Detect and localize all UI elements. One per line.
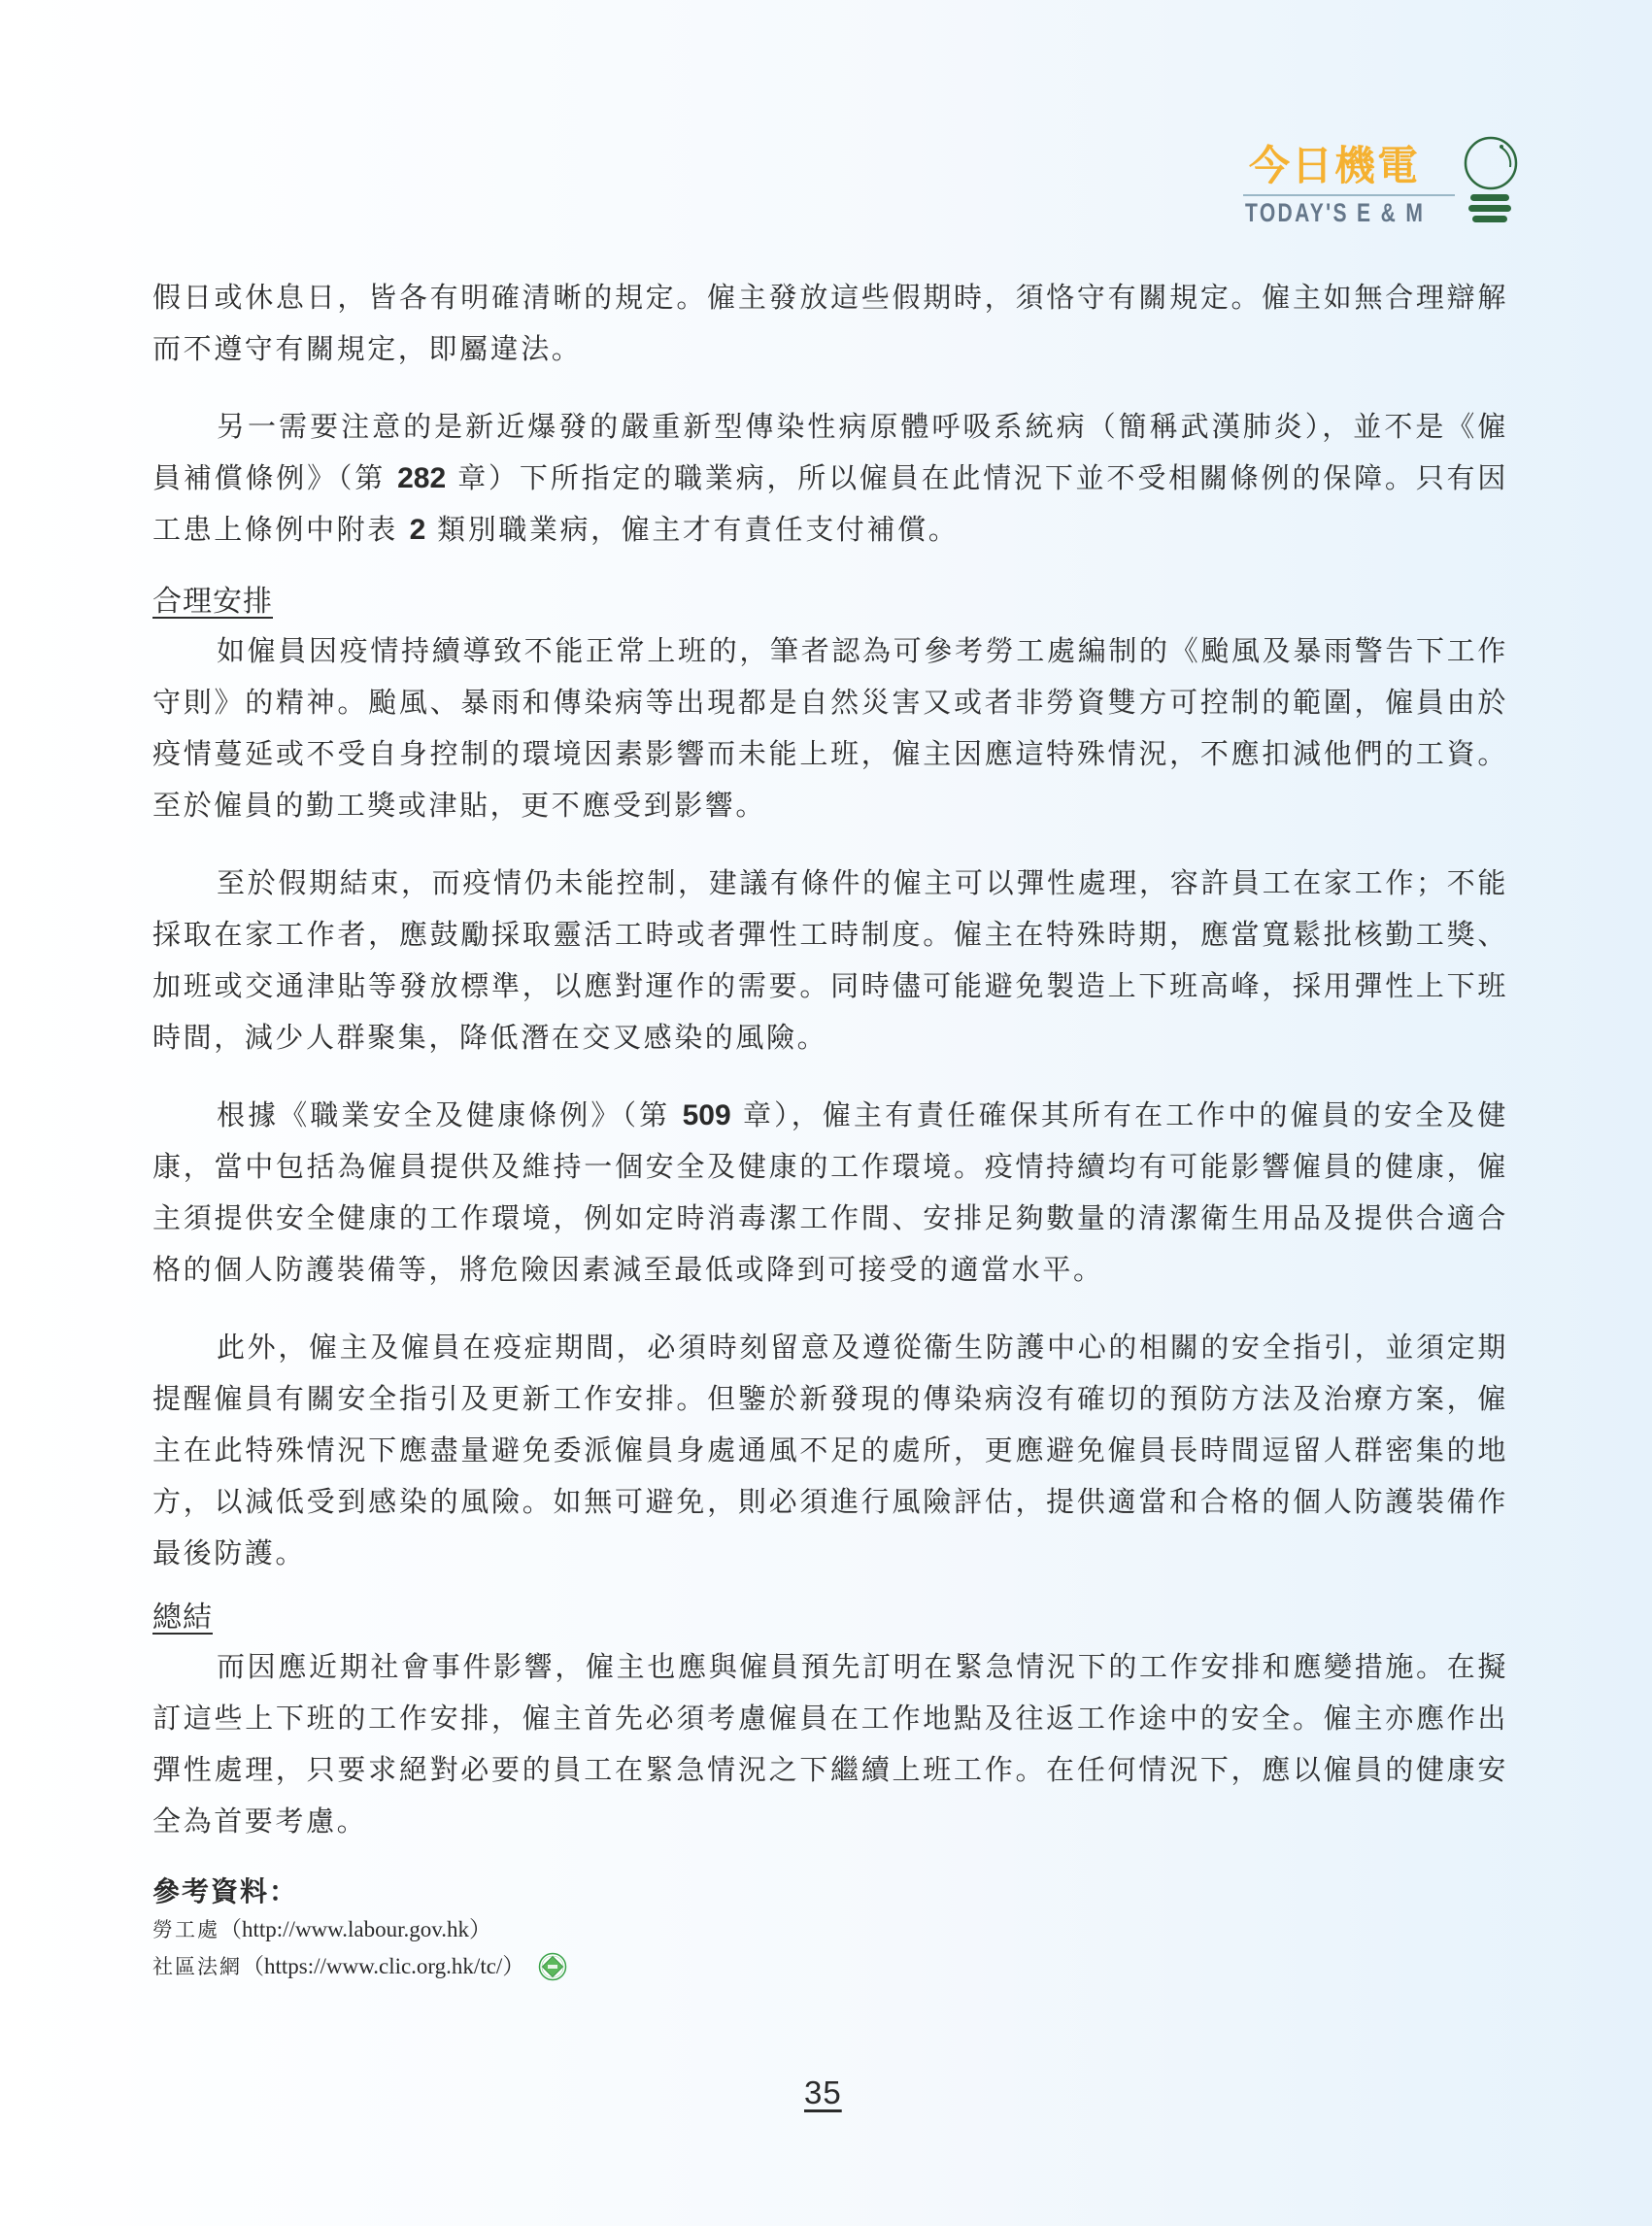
reference-item-labour-department: 勞工處 （http://www.labour.gov.hk） — [152, 1911, 567, 1948]
page-number: 35 — [804, 2074, 842, 2111]
schedule-number: 2 — [410, 514, 426, 546]
paragraph-7: 而因應近期社會事件影響，僱主也應與僱員預先訂明在緊急情況下的工作安排和應變措施。… — [152, 1641, 1508, 1847]
logo-chinese-title: 今日機電 — [1249, 144, 1420, 188]
references-title: 參考資料： — [152, 1872, 567, 1911]
magazine-logo: 今日機電 TODAY'S E & M — [1243, 136, 1515, 233]
paragraph-text: 而因應近期社會事件影響，僱主也應與僱員預先訂明在緊急情況下的工作安排和應變措施。… — [152, 1650, 1508, 1838]
references-section: 參考資料： 勞工處 （http://www.labour.gov.hk） 社區法… — [152, 1872, 567, 1985]
paragraph-5: 根據《職業安全及健康條例》（第 509 章），僱主有責任確保其所有在工作中的僱員… — [152, 1090, 1508, 1296]
article-body: 假日或休息日，皆各有明確清晰的規定。僱主發放這些假期時，須恪守有關規定。僱主如無… — [152, 272, 1508, 1847]
end-mark-badge-icon — [538, 1952, 567, 1981]
reference-item-clic: 社區法網 （https://www.clic.org.hk/tc/） — [152, 1948, 567, 1985]
reference-link[interactable]: （https://www.clic.org.hk/tc/） — [242, 1948, 524, 1985]
chapter-number: 282 — [397, 462, 446, 494]
paragraph-text: 至於假期結束，而疫情仍未能控制，建議有條件的僱主可以彈性處理，容許員工在家工作；… — [152, 866, 1508, 1054]
paragraph-text: 假日或休息日，皆各有明確清晰的規定。僱主發放這些假期時，須恪守有關規定。僱主如無… — [152, 281, 1508, 365]
paragraph-4: 至於假期結束，而疫情仍未能控制，建議有條件的僱主可以彈性處理，容許員工在家工作；… — [152, 858, 1508, 1063]
paragraph-1: 假日或休息日，皆各有明確清晰的規定。僱主發放這些假期時，須恪守有關規定。僱主如無… — [152, 272, 1508, 375]
paragraph-text: 類別職業病，僱主才有責任支付補償。 — [425, 513, 959, 546]
paragraph-2: 另一需要注意的是新近爆發的嚴重新型傳染性病原體呼吸系統病（簡稱武漢肺炎），並不是… — [152, 401, 1508, 556]
logo-divider — [1243, 194, 1455, 196]
lightbulb-icon — [1459, 136, 1523, 233]
section-heading-reasonable-arrangement: 合理安排 — [152, 583, 273, 622]
paragraph-text: 此外，僱主及僱員在疫症期間，必須時刻留意及遵從衞生防護中心的相關的安全指引，並須… — [152, 1331, 1508, 1569]
reference-link[interactable]: （http://www.labour.gov.hk） — [219, 1911, 491, 1948]
paragraph-6: 此外，僱主及僱員在疫症期間，必須時刻留意及遵從衞生防護中心的相關的安全指引，並須… — [152, 1322, 1508, 1579]
paragraph-text: 根據《職業安全及健康條例》（第 — [217, 1098, 683, 1131]
paragraph-3: 如僱員因疫情持續導致不能正常上班的，筆者認為可參考勞工處編制的《颱風及暴雨警告下… — [152, 625, 1508, 831]
document-page: 今日機電 TODAY'S E & M 假日或休息日，皆各有明確清晰的規定。僱主發… — [0, 0, 1652, 2226]
paragraph-text: 如僱員因疫情持續導致不能正常上班的，筆者認為可參考勞工處編制的《颱風及暴雨警告下… — [152, 634, 1508, 822]
reference-label: 勞工處 — [152, 1911, 219, 1948]
reference-label: 社區法網 — [152, 1948, 242, 1985]
chapter-number: 509 — [683, 1099, 731, 1131]
logo-english-title: TODAY'S E & M — [1245, 198, 1425, 227]
section-heading-conclusion: 總結 — [152, 1599, 213, 1637]
